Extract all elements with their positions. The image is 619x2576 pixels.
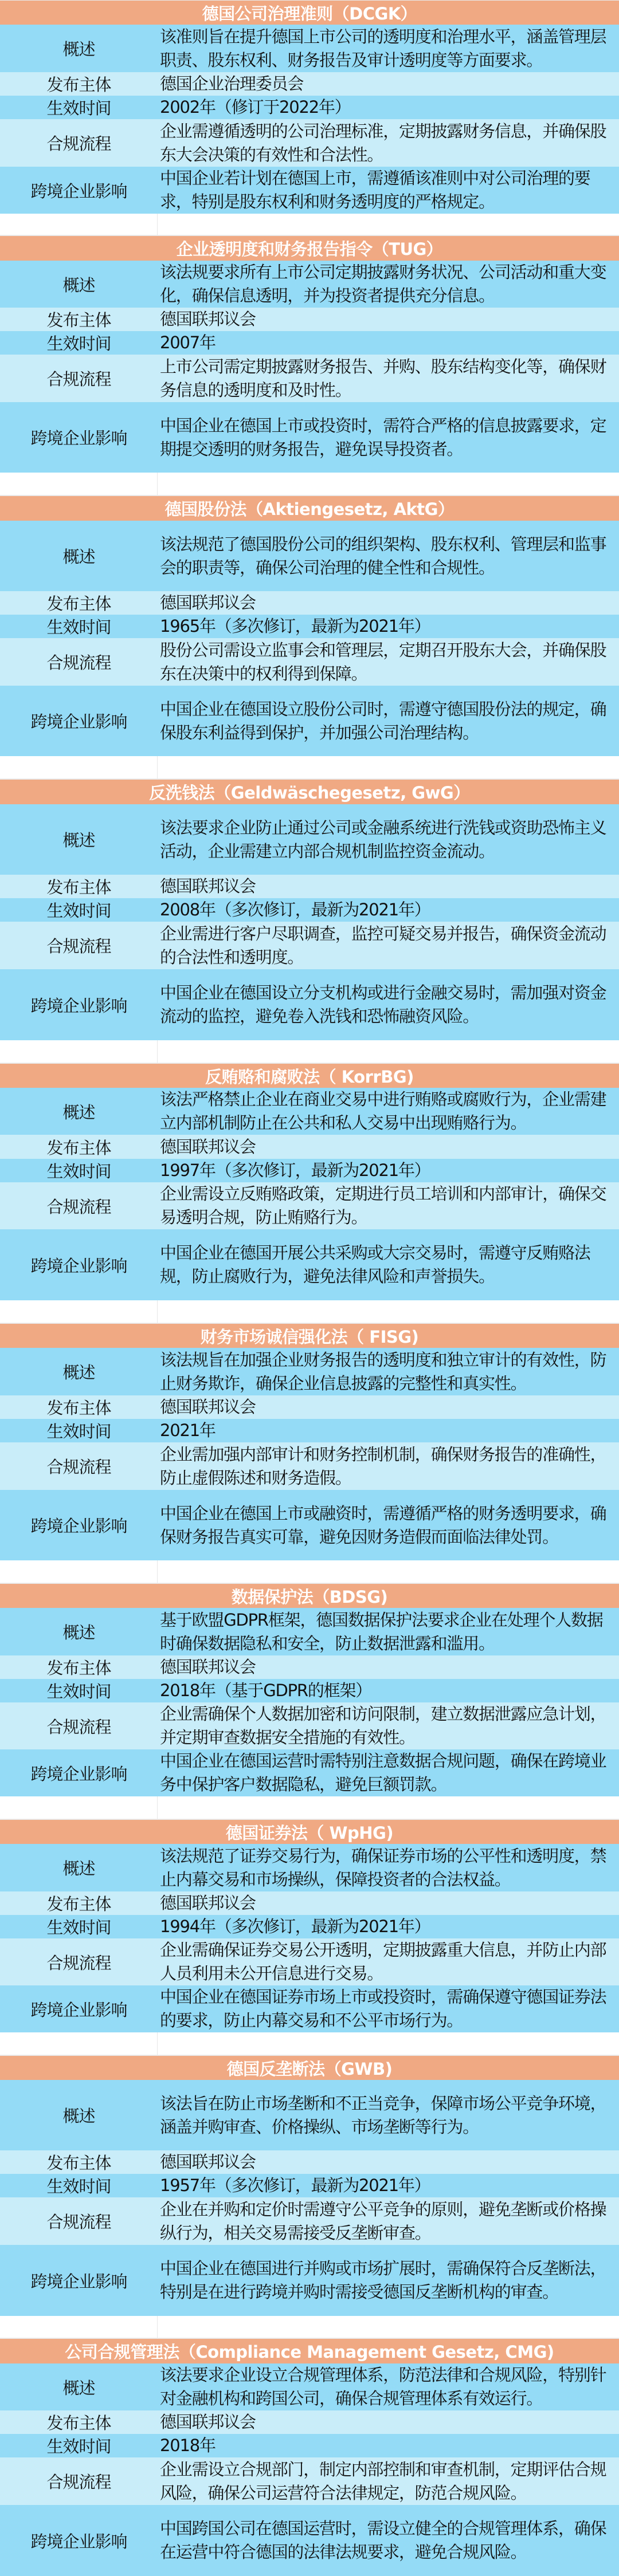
row-value: 2018年 — [158, 2434, 619, 2457]
row-label: 跨境企业影响 — [0, 402, 158, 473]
law-section-fisg: 财务市场诚信强化法（ FISG) 概述 该法规旨在加强企业财务报告的透明度和独立… — [0, 1323, 619, 1583]
row-label: 合规流程 — [0, 1442, 158, 1490]
row-value: 企业需进行客户尽职调查，监控可疑交易并报告，确保资金流动的合法性和透明度。 — [158, 922, 619, 969]
row-value: 2018年（基于GDPR的框架） — [158, 1679, 619, 1702]
row-label: 发布主体 — [0, 1395, 158, 1419]
row-overview: 概述 该法规范了德国股份公司的组织架构、股东权利、管理层和监事会的职责等，确保公… — [0, 521, 619, 591]
row-value: 中国企业在德国设立分支机构或进行金融交易时，需加强对资金流动的监控，避免卷入洗钱… — [158, 969, 619, 1040]
row-label: 发布主体 — [0, 1655, 158, 1679]
row-label: 生效时间 — [0, 96, 158, 119]
row-impact: 跨境企业影响 中国跨国公司在德国运营时，需设立健全的合规管理体系，确保在运营中符… — [0, 2505, 619, 2576]
row-label: 概述 — [0, 2080, 158, 2150]
row-effective: 生效时间 2018年 — [0, 2434, 619, 2457]
row-value: 该法规范了德国股份公司的组织架构、股东权利、管理层和监事会的职责等，确保公司治理… — [158, 521, 619, 591]
row-label: 概述 — [0, 1608, 158, 1655]
row-effective: 生效时间 2018年（基于GDPR的框架） — [0, 1679, 619, 1702]
row-overview: 概述 该法规要求所有上市公司定期披露财务状况、公司活动和重大变化，确保信息透明，… — [0, 261, 619, 308]
row-label: 跨境企业影响 — [0, 686, 158, 756]
row-issuer: 发布主体 德国联邦议会 — [0, 1395, 619, 1419]
row-value: 德国企业治理委员会 — [158, 72, 619, 96]
law-title: 财务市场诚信强化法（ FISG) — [0, 1323, 619, 1348]
row-label: 概述 — [0, 804, 158, 875]
section-spacer — [0, 214, 619, 235]
row-label: 合规流程 — [0, 119, 158, 167]
row-issuer: 发布主体 德国企业治理委员会 — [0, 72, 619, 96]
row-label: 生效时间 — [0, 1419, 158, 1442]
row-value: 企业需确保证券交易公开透明，定期披露重大信息，并防止内部人员利用未公开信息进行交… — [158, 1938, 619, 1985]
row-issuer: 发布主体 德国联邦议会 — [0, 875, 619, 898]
row-value: 德国联邦议会 — [158, 1655, 619, 1679]
row-value: 2021年 — [158, 1419, 619, 1442]
row-value: 德国联邦议会 — [158, 2150, 619, 2174]
row-value: 企业需加强内部审计和财务控制机制，确保财务报告的准确性，防止虚假陈述和财务造假。 — [158, 1442, 619, 1490]
german-compliance-laws-table: 德国公司治理准则（DCGK） 概述 该准则旨在提升德国上市公司的透明度和治理水平… — [0, 0, 619, 2576]
row-label: 合规流程 — [0, 638, 158, 686]
row-impact: 跨境企业影响 中国企业在德国证券市场上市或投资时，需确保遵守德国证券法的要求，防… — [0, 1985, 619, 2032]
law-section-cmg: 公司合规管理法（Compliance Management Gesetz, CM… — [0, 2338, 619, 2576]
row-value: 2002年（修订于2022年） — [158, 96, 619, 119]
row-impact: 跨境企业影响 中国企业在德国开展公共采购或大宗交易时，需遵守反贿赂法规，防止腐败… — [0, 1229, 619, 1300]
row-label: 发布主体 — [0, 1135, 158, 1159]
row-value: 该法严格禁止企业在商业交易中进行贿赂或腐败行为，企业需建立内部机制防止在公共和私… — [158, 1088, 619, 1135]
row-label: 概述 — [0, 1088, 158, 1135]
section-spacer — [0, 2032, 619, 2055]
row-process: 合规流程 股份公司需设立监事会和管理层，定期召开股东大会，并确保股东在决策中的权… — [0, 638, 619, 686]
row-value: 中国企业在德国上市或融资时，需遵循严格的财务透明要求，确保财务报告真实可靠，避免… — [158, 1490, 619, 1560]
row-overview: 概述 该法旨在防止市场垄断和不正当竞争，保障市场公平竞争环境，涵盖并购审查、价格… — [0, 2080, 619, 2150]
row-label: 生效时间 — [0, 898, 158, 922]
row-overview: 概述 基于欧盟GDPR框架，德国数据保护法要求企业在处理个人数据时确保数据隐私和… — [0, 1608, 619, 1655]
row-value: 中国企业在德国开展公共采购或大宗交易时，需遵守反贿赂法规，防止腐败行为，避免法律… — [158, 1229, 619, 1300]
row-process: 合规流程 企业需设立反贿赂政策，定期进行员工培训和内部审计，确保交易透明合规，防… — [0, 1182, 619, 1229]
row-issuer: 发布主体 德国联邦议会 — [0, 591, 619, 615]
row-label: 合规流程 — [0, 922, 158, 969]
row-effective: 生效时间 1957年（多次修订，最新为2021年） — [0, 2174, 619, 2197]
law-title: 数据保护法（BDSG) — [0, 1583, 619, 1608]
row-value: 德国联邦议会 — [158, 2410, 619, 2434]
row-value: 中国企业在德国证券市场上市或投资时，需确保遵守德国证券法的要求，防止内幕交易和不… — [158, 1985, 619, 2032]
row-label: 跨境企业影响 — [0, 1490, 158, 1560]
row-label: 概述 — [0, 521, 158, 591]
row-value: 1994年（多次修订，最新为2021年） — [158, 1915, 619, 1938]
row-value: 德国联邦议会 — [158, 591, 619, 615]
row-value: 2008年（多次修订，最新为2021年） — [158, 898, 619, 922]
row-value: 企业需设立合规部门，制定内部控制和审查机制，定期评估合规风险，确保公司运营符合法… — [158, 2457, 619, 2505]
section-spacer — [0, 1560, 619, 1583]
row-value: 中国企业若计划在德国上市，需遵循该准则中对公司治理的要求，特别是股东权利和财务透… — [158, 167, 619, 214]
row-label: 生效时间 — [0, 2434, 158, 2457]
row-process: 合规流程 上市公司需定期披露财务报告、并购、股东结构变化等，确保财务信息的透明度… — [0, 355, 619, 402]
row-value: 1957年（多次修订，最新为2021年） — [158, 2174, 619, 2197]
row-value: 1997年（多次修订，最新为2021年） — [158, 1159, 619, 1182]
row-value: 上市公司需定期披露财务报告、并购、股东结构变化等，确保财务信息的透明度和及时性。 — [158, 355, 619, 402]
row-impact: 跨境企业影响 中国企业在德国运营时需特别注意数据合规问题，确保在跨境业务中保护客… — [0, 1749, 619, 1796]
row-label: 生效时间 — [0, 1679, 158, 1702]
row-value: 德国联邦议会 — [158, 1395, 619, 1419]
row-effective: 生效时间 2007年 — [0, 331, 619, 355]
row-effective: 生效时间 2021年 — [0, 1419, 619, 1442]
section-spacer — [0, 1300, 619, 1323]
row-label: 概述 — [0, 2363, 158, 2410]
row-value: 企业需遵循透明的公司治理标准，定期披露财务信息，并确保股东大会决策的有效性和合法… — [158, 119, 619, 167]
row-label: 概述 — [0, 25, 158, 72]
law-title: 德国公司治理准则（DCGK） — [0, 0, 619, 25]
row-value: 该法旨在防止市场垄断和不正当竞争，保障市场公平竞争环境，涵盖并购审查、价格操纵、… — [158, 2080, 619, 2150]
row-value: 该准则旨在提升德国上市公司的透明度和治理水平，涵盖管理层职责、股东权利、财务报告… — [158, 25, 619, 72]
row-label: 发布主体 — [0, 2150, 158, 2174]
row-value: 中国跨国公司在德国运营时，需设立健全的合规管理体系，确保在运营中符合德国的法律法… — [158, 2505, 619, 2576]
row-label: 发布主体 — [0, 72, 158, 96]
row-label: 生效时间 — [0, 1159, 158, 1182]
row-impact: 跨境企业影响 中国企业在德国设立股份公司时，需遵守德国股份法的规定，确保股东利益… — [0, 686, 619, 756]
row-overview: 概述 该法规旨在加强企业财务报告的透明度和独立审计的有效性，防止财务欺诈，确保企… — [0, 1348, 619, 1395]
row-label: 跨境企业影响 — [0, 2505, 158, 2576]
row-label: 跨境企业影响 — [0, 969, 158, 1040]
section-spacer — [0, 1040, 619, 1063]
row-label: 概述 — [0, 1348, 158, 1395]
row-label: 概述 — [0, 261, 158, 308]
row-value: 中国企业在德国上市或投资时，需符合严格的信息披露要求，定期提交透明的财务报告，避… — [158, 402, 619, 473]
row-process: 合规流程 企业需遵循透明的公司治理标准，定期披露财务信息，并确保股东大会决策的有… — [0, 119, 619, 167]
row-overview: 概述 该准则旨在提升德国上市公司的透明度和治理水平，涵盖管理层职责、股东权利、财… — [0, 25, 619, 72]
row-value: 德国联邦议会 — [158, 875, 619, 898]
section-spacer — [0, 2316, 619, 2338]
row-impact: 跨境企业影响 中国企业在德国进行并购或市场扩展时，需确保符合反垄断法，特别是在进… — [0, 2245, 619, 2316]
section-spacer — [0, 473, 619, 495]
row-issuer: 发布主体 德国联邦议会 — [0, 2410, 619, 2434]
section-spacer — [0, 756, 619, 779]
row-process: 合规流程 企业需加强内部审计和财务控制机制，确保财务报告的准确性，防止虚假陈述和… — [0, 1442, 619, 1490]
law-title: 德国证券法（ WpHG) — [0, 1819, 619, 1844]
row-effective: 生效时间 1997年（多次修订，最新为2021年） — [0, 1159, 619, 1182]
row-label: 发布主体 — [0, 875, 158, 898]
row-label: 生效时间 — [0, 615, 158, 638]
row-label: 生效时间 — [0, 331, 158, 355]
row-label: 合规流程 — [0, 1938, 158, 1985]
row-value: 基于欧盟GDPR框架，德国数据保护法要求企业在处理个人数据时确保数据隐私和安全，… — [158, 1608, 619, 1655]
section-spacer — [0, 1796, 619, 1819]
row-label: 生效时间 — [0, 1915, 158, 1938]
row-overview: 概述 该法严格禁止企业在商业交易中进行贿赂或腐败行为，企业需建立内部机制防止在公… — [0, 1088, 619, 1135]
law-section-bdsg: 数据保护法（BDSG) 概述 基于欧盟GDPR框架，德国数据保护法要求企业在处理… — [0, 1583, 619, 1819]
law-section-aktg: 德国股份法（Aktiengesetz, AktG） 概述 该法规范了德国股份公司… — [0, 495, 619, 779]
row-value: 1965年（多次修订，最新为2021年） — [158, 615, 619, 638]
row-value: 该法规要求所有上市公司定期披露财务状况、公司活动和重大变化，确保信息透明，并为投… — [158, 261, 619, 308]
row-value: 该法规范了证券交易行为，确保证券市场的公平性和透明度，禁止内幕交易和市场操纵，保… — [158, 1844, 619, 1891]
row-issuer: 发布主体 德国联邦议会 — [0, 1655, 619, 1679]
row-value: 企业在并购和定价时需遵守公平竞争的原则，避免垄断或价格操纵行为，相关交易需接受反… — [158, 2197, 619, 2245]
law-title: 反贿赂和腐败法（ KorrBG) — [0, 1063, 619, 1088]
row-impact: 跨境企业影响 中国企业在德国设立分支机构或进行金融交易时，需加强对资金流动的监控… — [0, 969, 619, 1040]
row-value: 中国企业在德国运营时需特别注意数据合规问题，确保在跨境业务中保护客户数据隐私，避… — [158, 1749, 619, 1796]
row-label: 合规流程 — [0, 2197, 158, 2245]
law-title: 公司合规管理法（Compliance Management Gesetz, CM… — [0, 2338, 619, 2363]
law-section-dcgk: 德国公司治理准则（DCGK） 概述 该准则旨在提升德国上市公司的透明度和治理水平… — [0, 0, 619, 235]
row-label: 合规流程 — [0, 355, 158, 402]
row-value: 该法要求企业防止通过公司或金融系统进行洗钱或资助恐怖主义活动，企业需建立内部合规… — [158, 804, 619, 875]
row-issuer: 发布主体 德国联邦议会 — [0, 2150, 619, 2174]
row-process: 合规流程 企业在并购和定价时需遵守公平竞争的原则，避免垄断或价格操纵行为，相关交… — [0, 2197, 619, 2245]
row-impact: 跨境企业影响 中国企业在德国上市或投资时，需符合严格的信息披露要求，定期提交透明… — [0, 402, 619, 473]
row-issuer: 发布主体 德国联邦议会 — [0, 308, 619, 331]
row-effective: 生效时间 2008年（多次修订，最新为2021年） — [0, 898, 619, 922]
law-section-gwg: 反洗钱法（Geldwäschegesetz, GwG） 概述 该法要求企业防止通… — [0, 779, 619, 1063]
row-effective: 生效时间 1994年（多次修订，最新为2021年） — [0, 1915, 619, 1938]
row-label: 跨境企业影响 — [0, 1985, 158, 2032]
row-label: 发布主体 — [0, 1891, 158, 1915]
row-value: 该法要求企业设立合规管理体系，防范法律和合规风险，特别针对金融机构和跨国公司，确… — [158, 2363, 619, 2410]
row-value: 中国企业在德国进行并购或市场扩展时，需确保符合反垄断法，特别是在进行跨境并购时需… — [158, 2245, 619, 2316]
row-process: 合规流程 企业需进行客户尽职调查，监控可疑交易并报告，确保资金流动的合法性和透明… — [0, 922, 619, 969]
row-label: 合规流程 — [0, 1182, 158, 1229]
row-label: 合规流程 — [0, 1702, 158, 1749]
row-value: 中国企业在德国设立股份公司时，需遵守德国股份法的规定，确保股东利益得到保护，并加… — [158, 686, 619, 756]
row-value: 股份公司需设立监事会和管理层，定期召开股东大会，并确保股东在决策中的权利得到保障… — [158, 638, 619, 686]
row-value: 德国联邦议会 — [158, 1135, 619, 1159]
row-overview: 概述 该法规范了证券交易行为，确保证券市场的公平性和透明度，禁止内幕交易和市场操… — [0, 1844, 619, 1891]
law-title: 反洗钱法（Geldwäschegesetz, GwG） — [0, 779, 619, 804]
row-issuer: 发布主体 德国联邦议会 — [0, 1135, 619, 1159]
law-section-korrbg: 反贿赂和腐败法（ KorrBG) 概述 该法严格禁止企业在商业交易中进行贿赂或腐… — [0, 1063, 619, 1323]
law-title: 德国反垄断法（GWB) — [0, 2055, 619, 2080]
row-impact: 跨境企业影响 中国企业若计划在德国上市，需遵循该准则中对公司治理的要求，特别是股… — [0, 167, 619, 214]
row-label: 发布主体 — [0, 591, 158, 615]
row-value: 德国联邦议会 — [158, 308, 619, 331]
row-label: 概述 — [0, 1844, 158, 1891]
row-value: 企业需设立反贿赂政策，定期进行员工培训和内部审计，确保交易透明合规，防止贿赂行为… — [158, 1182, 619, 1229]
row-process: 合规流程 企业需确保个人数据加密和访问限制，建立数据泄露应急计划，并定期审查数据… — [0, 1702, 619, 1749]
row-impact: 跨境企业影响 中国企业在德国上市或融资时，需遵循严格的财务透明要求，确保财务报告… — [0, 1490, 619, 1560]
row-value: 企业需确保个人数据加密和访问限制，建立数据泄露应急计划，并定期审查数据安全措施的… — [158, 1702, 619, 1749]
row-label: 跨境企业影响 — [0, 2245, 158, 2316]
row-label: 跨境企业影响 — [0, 167, 158, 214]
row-effective: 生效时间 2002年（修订于2022年） — [0, 96, 619, 119]
row-value: 该法规旨在加强企业财务报告的透明度和独立审计的有效性，防止财务欺诈，确保企业信息… — [158, 1348, 619, 1395]
law-section-tug: 企业透明度和财务报告指令（TUG） 概述 该法规要求所有上市公司定期披露财务状况… — [0, 235, 619, 495]
row-label: 发布主体 — [0, 308, 158, 331]
row-process: 合规流程 企业需确保证券交易公开透明，定期披露重大信息，并防止内部人员利用未公开… — [0, 1938, 619, 1985]
row-issuer: 发布主体 德国联邦议会 — [0, 1891, 619, 1915]
law-section-wphg: 德国证券法（ WpHG) 概述 该法规范了证券交易行为，确保证券市场的公平性和透… — [0, 1819, 619, 2055]
row-effective: 生效时间 1965年（多次修订，最新为2021年） — [0, 615, 619, 638]
row-label: 合规流程 — [0, 2457, 158, 2505]
row-label: 跨境企业影响 — [0, 1749, 158, 1796]
law-title: 企业透明度和财务报告指令（TUG） — [0, 235, 619, 261]
row-overview: 概述 该法要求企业防止通过公司或金融系统进行洗钱或资助恐怖主义活动，企业需建立内… — [0, 804, 619, 875]
row-label: 发布主体 — [0, 2410, 158, 2434]
row-value: 2007年 — [158, 331, 619, 355]
row-process: 合规流程 企业需设立合规部门，制定内部控制和审查机制，定期评估合规风险，确保公司… — [0, 2457, 619, 2505]
row-overview: 概述 该法要求企业设立合规管理体系，防范法律和合规风险，特别针对金融机构和跨国公… — [0, 2363, 619, 2410]
row-value: 德国联邦议会 — [158, 1891, 619, 1915]
law-section-gwb: 德国反垄断法（GWB) 概述 该法旨在防止市场垄断和不正当竞争，保障市场公平竞争… — [0, 2055, 619, 2338]
row-label: 生效时间 — [0, 2174, 158, 2197]
law-title: 德国股份法（Aktiengesetz, AktG） — [0, 495, 619, 521]
row-label: 跨境企业影响 — [0, 1229, 158, 1300]
